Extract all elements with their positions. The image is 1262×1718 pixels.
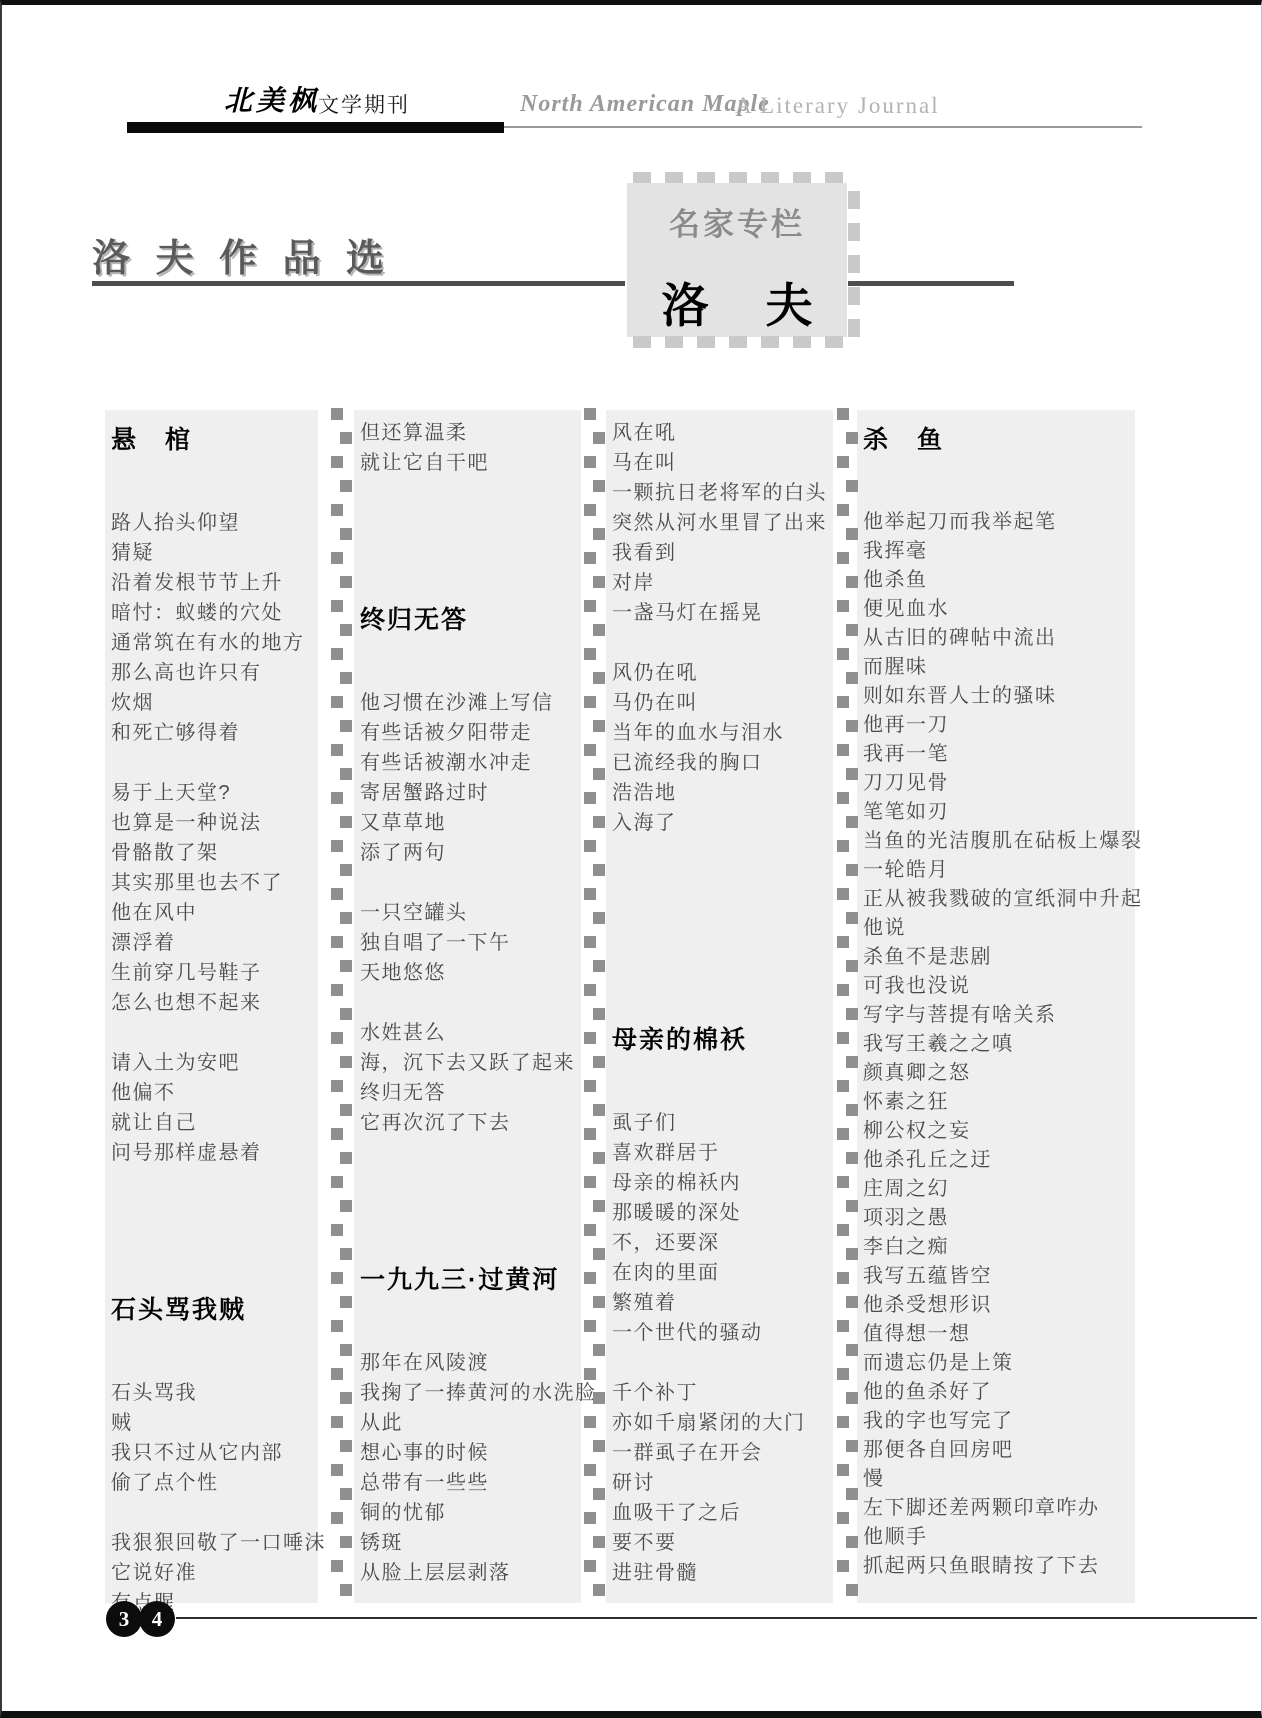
magazine-name-en: North American Maple <box>520 91 770 118</box>
poem-line: 和死亡够得着 <box>111 718 318 748</box>
stanza-gap <box>360 508 581 538</box>
zipper-square <box>846 1104 858 1116</box>
stanza-gap <box>111 1258 318 1288</box>
zipper-square <box>593 1344 605 1356</box>
column-divider-zipper-3 <box>836 408 860 1604</box>
stanza-gap <box>360 538 581 568</box>
poem-line: 一群虱子在开会 <box>612 1438 833 1468</box>
poem-title: 母亲的棉袄 <box>612 1018 833 1078</box>
zipper-square <box>837 1368 849 1380</box>
zipper-square <box>340 720 352 732</box>
zipper-square <box>846 1536 858 1548</box>
zipper-square <box>331 1176 343 1188</box>
poem-line: 它说好准 <box>111 1558 318 1588</box>
poem-line: 不，还要深 <box>612 1228 833 1258</box>
zipper-square <box>331 1368 343 1380</box>
zipper-square <box>584 1512 596 1524</box>
page-number-right: 4 <box>139 1601 175 1637</box>
poem-line: 他举起刀而我举起笔 <box>863 508 1135 537</box>
stanza-gap <box>612 868 833 898</box>
zipper-square <box>837 504 849 516</box>
zipper-square <box>331 1512 343 1524</box>
poem-line: 问号那样虚悬着 <box>111 1138 318 1168</box>
zipper-square <box>837 1128 849 1140</box>
poem-line: 风在吼 <box>612 418 833 448</box>
zipper-square <box>593 816 605 828</box>
zipper-square <box>593 1440 605 1452</box>
zipper-square <box>584 984 596 996</box>
zipper-square <box>340 1584 352 1596</box>
poem-line: 偷了点个性 <box>111 1468 318 1498</box>
zipper-square <box>837 984 849 996</box>
stanza-gap <box>612 838 833 868</box>
zipper-square <box>837 1512 849 1524</box>
poem-line: 刀刀见骨 <box>863 769 1135 798</box>
poem-line: 马仍在叫 <box>612 688 833 718</box>
zipper-square <box>584 936 596 948</box>
stanza-gap <box>360 658 581 688</box>
zipper-square <box>593 432 605 444</box>
zipper-square <box>846 672 858 684</box>
poem-line: 从此 <box>360 1408 581 1438</box>
zipper-square <box>593 1152 605 1164</box>
zipper-square <box>584 600 596 612</box>
page-number-left: 3 <box>106 1601 142 1637</box>
poem-line: 铜的忧郁 <box>360 1498 581 1528</box>
zipper-square <box>837 552 849 564</box>
poem-line: 请入土为安吧 <box>111 1048 318 1078</box>
poem-line: 我掬了一捧黄河的水洗脸 <box>360 1378 581 1408</box>
zipper-square <box>331 984 343 996</box>
poem-line: 猜疑 <box>111 538 318 568</box>
poem-line: 我挥毫 <box>863 537 1135 566</box>
zipper-square <box>846 960 858 972</box>
poem-line: 也算是一种说法 <box>111 808 318 838</box>
stanza-gap <box>360 1168 581 1198</box>
poem-line: 怀素之狂 <box>863 1088 1135 1117</box>
poem-line: 笔笔如刃 <box>863 798 1135 827</box>
poem-line: 石头骂我 <box>111 1378 318 1408</box>
zipper-square <box>331 1320 343 1332</box>
zipper-square <box>584 792 596 804</box>
poem-line: 当年的血水与泪水 <box>612 718 833 748</box>
poem-title: 石头骂我贼 <box>111 1288 318 1348</box>
zipper-square <box>584 744 596 756</box>
zipper-square <box>340 864 352 876</box>
zipper-square <box>846 1440 858 1452</box>
poem-line: 一个世代的骚动 <box>612 1318 833 1348</box>
zipper-square <box>593 912 605 924</box>
poem-line: 贼 <box>111 1408 318 1438</box>
zipper-square <box>837 840 849 852</box>
zipper-square <box>837 696 849 708</box>
poem-line: 其实那里也去不了 <box>111 868 318 898</box>
zipper-square <box>846 480 858 492</box>
zipper-square <box>593 480 605 492</box>
zipper-square <box>340 1104 352 1116</box>
poem-line: 左下脚还差两颗印章咋办 <box>863 1494 1135 1523</box>
zipper-square <box>593 768 605 780</box>
stanza-gap <box>111 1168 318 1198</box>
zipper-square <box>340 1392 352 1404</box>
poem-title: 终归无答 <box>360 598 581 658</box>
zipper-square <box>593 1104 605 1116</box>
stanza-gap <box>111 1198 318 1228</box>
poem-line: 就让自己 <box>111 1108 318 1138</box>
zipper-square <box>584 1032 596 1044</box>
zipper-square <box>593 624 605 636</box>
zipper-square <box>340 528 352 540</box>
zipper-square <box>584 1272 596 1284</box>
zipper-square <box>331 1560 343 1572</box>
zipper-square <box>340 624 352 636</box>
zipper-square <box>837 936 849 948</box>
zipper-square <box>837 648 849 660</box>
zipper-square <box>846 1008 858 1020</box>
zipper-square <box>340 1488 352 1500</box>
poem-line: 一只空罐头 <box>360 898 581 928</box>
zipper-square <box>584 648 596 660</box>
poem-line: 有些话被夕阳带走 <box>360 718 581 748</box>
stanza-gap <box>612 898 833 928</box>
poem-line: 便见血水 <box>863 595 1135 624</box>
zipper-square <box>584 1320 596 1332</box>
poem-line: 就让它自干吧 <box>360 448 581 478</box>
zipper-square <box>846 1488 858 1500</box>
poem-line: 在肉的里面 <box>612 1258 833 1288</box>
poem-line: 可我也没说 <box>863 972 1135 1001</box>
zipper-square <box>340 576 352 588</box>
zipper-square <box>846 816 858 828</box>
page-title: 洛 夫 作 品 选 <box>92 227 392 282</box>
poem-line: 路人抬头仰望 <box>111 508 318 538</box>
zipper-square <box>846 1296 858 1308</box>
stanza-gap <box>612 988 833 1018</box>
zipper-square <box>837 1464 849 1476</box>
poem-column-1: 悬 棺路人抬头仰望猜疑沿着发根节节上升暗忖：蚁蝼的穴处通常筑在有水的地方那么高也… <box>105 410 318 1603</box>
zipper-square <box>340 960 352 972</box>
poem-line: 对岸 <box>612 568 833 598</box>
zipper-square <box>593 528 605 540</box>
poem-line: 总带有一些些 <box>360 1468 581 1498</box>
zipper-square <box>584 840 596 852</box>
title-rule-right <box>848 281 1014 286</box>
poem-line: 我再一笔 <box>863 740 1135 769</box>
zipper-square <box>846 624 858 636</box>
poem-line: 浩浩地 <box>612 778 833 808</box>
zipper-square <box>331 456 343 468</box>
poem-line: 突然从河水里冒了出来 <box>612 508 833 538</box>
zipper-square <box>837 408 849 420</box>
poem-line: 千个补丁 <box>612 1378 833 1408</box>
zipper-square <box>837 1320 849 1332</box>
zipper-square <box>593 1296 605 1308</box>
magazine-subtitle-en: A Literary Journal <box>735 93 940 119</box>
poem-line: 终归无答 <box>360 1078 581 1108</box>
zipper-square <box>331 1224 343 1236</box>
poem-line: 骨骼散了架 <box>111 838 318 868</box>
zipper-square <box>837 1176 849 1188</box>
poem-line: 他在风中 <box>111 898 318 928</box>
poem-line: 从古旧的碑帖中流出 <box>863 624 1135 653</box>
stanza-gap <box>612 628 833 658</box>
zipper-square <box>584 1128 596 1140</box>
stanza-gap <box>111 1018 318 1048</box>
zipper-square <box>584 1176 596 1188</box>
zipper-square <box>584 456 596 468</box>
zipper-square <box>340 1200 352 1212</box>
zipper-square <box>593 1488 605 1500</box>
zipper-square <box>340 1536 352 1548</box>
poem-line: 我写五蕴皆空 <box>863 1262 1135 1291</box>
zipper-square <box>584 888 596 900</box>
poem-line: 马在叫 <box>612 448 833 478</box>
zipper-square <box>340 816 352 828</box>
poem-line: 他杀鱼 <box>863 566 1135 595</box>
zipper-square <box>837 744 849 756</box>
stanza-gap <box>360 1318 581 1348</box>
stanza-gap <box>612 958 833 988</box>
poem-line: 那年在风陵渡 <box>360 1348 581 1378</box>
poem-line: 李白之痴 <box>863 1233 1135 1262</box>
poem-line: 沿着发根节节上升 <box>111 568 318 598</box>
poem-line: 一盏马灯在摇晃 <box>612 598 833 628</box>
poem-line: 他习惯在沙滩上写信 <box>360 688 581 718</box>
zipper-square <box>593 1056 605 1068</box>
poem-line: 项羽之愚 <box>863 1204 1135 1233</box>
zipper-square <box>837 1560 849 1572</box>
zipper-square <box>846 528 858 540</box>
zipper-square <box>331 696 343 708</box>
poem-line: 寄居蟹路过时 <box>360 778 581 808</box>
zipper-square <box>331 600 343 612</box>
poem-line: 他偏不 <box>111 1078 318 1108</box>
zipper-square <box>593 672 605 684</box>
zipper-square <box>340 1344 352 1356</box>
header-gray-rule <box>504 126 1142 128</box>
zipper-square <box>846 432 858 444</box>
column-divider-zipper-2 <box>583 408 607 1604</box>
stanza-gap <box>612 928 833 958</box>
poem-line: 正从被我戮破的宣纸洞中升起 <box>863 885 1135 914</box>
journal-page: 北美枫 文学期刊 North American Maple A Literary… <box>0 0 1262 1718</box>
poem-line: 要不要 <box>612 1528 833 1558</box>
poem-line: 写字与菩提有啥关系 <box>863 1001 1135 1030</box>
poem-line: 生前穿几号鞋子 <box>111 958 318 988</box>
zipper-square <box>593 1584 605 1596</box>
zipper-square <box>837 1416 849 1428</box>
zipper-square <box>837 792 849 804</box>
zipper-square <box>584 552 596 564</box>
poem-line: 母亲的棉袄内 <box>612 1168 833 1198</box>
zipper-square <box>331 792 343 804</box>
poem-line: 进驻骨髓 <box>612 1558 833 1588</box>
poem-line: 海，沉下去又跃了起来 <box>360 1048 581 1078</box>
zipper-square <box>340 1296 352 1308</box>
poem-line: 天地悠悠 <box>360 958 581 988</box>
zipper-square <box>593 576 605 588</box>
stanza-gap <box>360 568 581 598</box>
poem-title: 杀 鱼 <box>863 418 1135 478</box>
poem-line: 炊烟 <box>111 688 318 718</box>
stanza-gap <box>360 478 581 508</box>
zipper-square <box>846 1392 858 1404</box>
poem-line: 独自唱了一下午 <box>360 928 581 958</box>
feature-box-perforation-bottom <box>633 336 847 348</box>
poem-line: 而遗忘仍是上策 <box>863 1349 1135 1378</box>
poem-line: 则如东晋人士的骚味 <box>863 682 1135 711</box>
poem-line: 值得想一想 <box>863 1320 1135 1349</box>
zipper-square <box>837 1224 849 1236</box>
zipper-square <box>593 1536 605 1548</box>
poem-line: 我狠狠回敬了一口唾沫 <box>111 1528 318 1558</box>
stanza-gap <box>863 478 1135 508</box>
stanza-gap <box>111 478 318 508</box>
zipper-square <box>331 1464 343 1476</box>
stanza-gap <box>111 748 318 778</box>
zipper-square <box>584 408 596 420</box>
zipper-square <box>593 1392 605 1404</box>
poem-line: 喜欢群居于 <box>612 1138 833 1168</box>
poem-line: 但还算温柔 <box>360 418 581 448</box>
poem-line: 它再次沉了下去 <box>360 1108 581 1138</box>
stanza-gap <box>360 868 581 898</box>
zipper-square <box>331 1080 343 1092</box>
poem-line: 他顺手 <box>863 1523 1135 1552</box>
zipper-square <box>340 1008 352 1020</box>
zipper-square <box>331 408 343 420</box>
zipper-square <box>593 1008 605 1020</box>
zipper-square <box>846 1248 858 1260</box>
zipper-square <box>593 864 605 876</box>
stanza-gap <box>360 988 581 1018</box>
zipper-square <box>584 1080 596 1092</box>
poem-line: 已流经我的胸口 <box>612 748 833 778</box>
poem-line: 入海了 <box>612 808 833 838</box>
zipper-square <box>584 1368 596 1380</box>
zipper-square <box>340 672 352 684</box>
zipper-square <box>593 1248 605 1260</box>
zipper-square <box>837 1080 849 1092</box>
zipper-square <box>340 1152 352 1164</box>
zipper-square <box>846 720 858 732</box>
feature-box-label: 名家专栏 <box>627 199 847 244</box>
footer-rule <box>176 1617 1257 1619</box>
poem-line: 我写王羲之之嗔 <box>863 1030 1135 1059</box>
zipper-square <box>837 888 849 900</box>
poem-line: 怎么也想不起来 <box>111 988 318 1018</box>
zipper-square <box>584 696 596 708</box>
zipper-square <box>340 480 352 492</box>
poem-line: 杀鱼不是悲剧 <box>863 943 1135 972</box>
zipper-square <box>340 1248 352 1260</box>
stanza-gap <box>360 1228 581 1258</box>
zipper-square <box>340 432 352 444</box>
poem-line: 他的鱼杀好了 <box>863 1378 1135 1407</box>
stanza-gap <box>111 1348 318 1378</box>
poem-line: 虱子们 <box>612 1108 833 1138</box>
zipper-square <box>340 912 352 924</box>
poem-line: 风仍在吼 <box>612 658 833 688</box>
zipper-square <box>331 1272 343 1284</box>
zipper-square <box>331 504 343 516</box>
zipper-square <box>584 1560 596 1572</box>
zipper-square <box>846 1200 858 1212</box>
zipper-square <box>584 1416 596 1428</box>
zipper-square <box>584 504 596 516</box>
poem-line: 他杀孔丘之迂 <box>863 1146 1135 1175</box>
poem-column-3: 风在吼马在叫一颗抗日老将军的白头突然从河水里冒了出来我看到对岸一盏马灯在摇晃风仍… <box>606 410 833 1603</box>
poem-line: 研讨 <box>612 1468 833 1498</box>
zipper-square <box>837 1032 849 1044</box>
zipper-square <box>846 912 858 924</box>
zipper-square <box>331 936 343 948</box>
poem-line: 我看到 <box>612 538 833 568</box>
zipper-square <box>846 1152 858 1164</box>
magazine-type-label: 文学期刊 <box>318 89 410 119</box>
poem-line: 庄周之幻 <box>863 1175 1135 1204</box>
poem-column-2: 但还算温柔就让它自干吧终归无答他习惯在沙滩上写信有些话被夕阳带走有些话被潮水冲走… <box>354 410 581 1603</box>
poem-line: 繁殖着 <box>612 1288 833 1318</box>
poem-line: 他说 <box>863 914 1135 943</box>
zipper-square <box>340 1056 352 1068</box>
poem-line: 抓起两只鱼眼睛按了下去 <box>863 1552 1135 1581</box>
feature-box: 名家专栏 洛 夫 <box>627 183 847 337</box>
poem-line: 锈斑 <box>360 1528 581 1558</box>
zipper-square <box>837 1272 849 1284</box>
stanza-gap <box>360 1198 581 1228</box>
stanza-gap <box>111 1498 318 1528</box>
zipper-square <box>846 864 858 876</box>
poem-line: 漂浮着 <box>111 928 318 958</box>
column-divider-zipper-1 <box>330 408 354 1604</box>
poem-line: 慢 <box>863 1465 1135 1494</box>
zipper-square <box>846 1584 858 1596</box>
zipper-square <box>846 576 858 588</box>
stanza-gap <box>360 1138 581 1168</box>
poem-line: 有些话被潮水冲走 <box>360 748 581 778</box>
zipper-square <box>331 648 343 660</box>
poem-line: 亦如千扇紧闭的大门 <box>612 1408 833 1438</box>
poem-title: 一九九三·过黄河 <box>360 1258 581 1318</box>
zipper-square <box>846 1056 858 1068</box>
zipper-square <box>331 840 343 852</box>
poem-title: 悬 棺 <box>111 418 318 478</box>
zipper-square <box>331 552 343 564</box>
poem-line: 一轮皓月 <box>863 856 1135 885</box>
zipper-square <box>846 1344 858 1356</box>
zipper-square <box>340 1440 352 1452</box>
zipper-square <box>331 1032 343 1044</box>
poem-line: 又草草地 <box>360 808 581 838</box>
zipper-square <box>584 1464 596 1476</box>
poem-line: 一颗抗日老将军的白头 <box>612 478 833 508</box>
stanza-gap <box>612 1348 833 1378</box>
poem-line: 我的字也写完了 <box>863 1407 1135 1436</box>
poem-line: 他再一刀 <box>863 711 1135 740</box>
poem-line: 我只不过从它内部 <box>111 1438 318 1468</box>
poem-line: 当鱼的光洁腹肌在砧板上爆裂 <box>863 827 1135 856</box>
poem-line: 颜真卿之怒 <box>863 1059 1135 1088</box>
zipper-square <box>837 456 849 468</box>
poem-line: 柳公权之妄 <box>863 1117 1135 1146</box>
poem-line: 易于上天堂? <box>111 778 318 808</box>
poem-line: 水姓甚么 <box>360 1018 581 1048</box>
poem-line: 想心事的时候 <box>360 1438 581 1468</box>
zipper-square <box>331 888 343 900</box>
zipper-square <box>837 600 849 612</box>
title-rule-left <box>92 281 625 286</box>
